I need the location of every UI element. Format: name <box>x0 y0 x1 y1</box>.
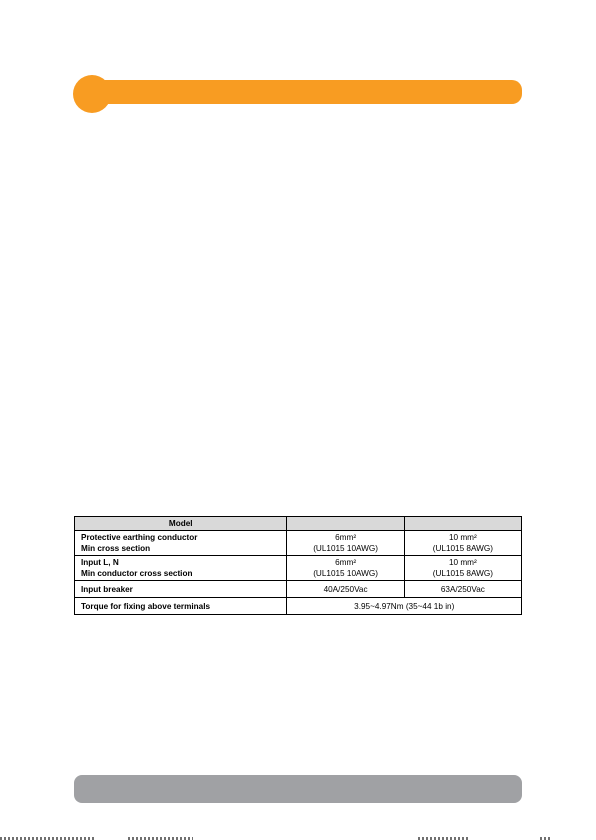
row-label-line: Protective earthing conductor <box>81 532 280 543</box>
table-row: Input breaker 40A/250Vac 63A/250Vac <box>75 581 522 598</box>
footer-bar <box>74 775 522 803</box>
value-line: (UL1015 8AWG) <box>411 568 515 579</box>
table-row: Protective earthing conductor Min cross … <box>75 531 522 556</box>
value-line: (UL1015 8AWG) <box>411 543 515 554</box>
section-header-circle <box>73 75 111 113</box>
value-line: (UL1015 10AWG) <box>293 568 397 579</box>
row-value: 6mm² (UL1015 10AWG) <box>287 531 404 556</box>
row-value: 10 mm² (UL1015 8AWG) <box>404 531 521 556</box>
row-value-merged: 3.95~4.97Nm (35~44 1b in) <box>287 598 522 615</box>
table-header-row: Model <box>75 517 522 531</box>
row-label: Input L, N Min conductor cross section <box>75 556 287 581</box>
value-line: (UL1015 10AWG) <box>293 543 397 554</box>
section-header-bar <box>87 80 522 104</box>
row-label-line: Min cross section <box>81 543 280 554</box>
value-line: 10 mm² <box>411 532 515 543</box>
row-value: 10 mm² (UL1015 8AWG) <box>404 556 521 581</box>
row-value: 40A/250Vac <box>287 581 404 598</box>
row-label-line: Min conductor cross section <box>81 568 280 579</box>
table-row: Input L, N Min conductor cross section 6… <box>75 556 522 581</box>
row-label: Input breaker <box>75 581 287 598</box>
row-value: 63A/250Vac <box>404 581 521 598</box>
row-label-line: Input L, N <box>81 557 280 568</box>
table-row: Torque for fixing above terminals 3.95~4… <box>75 598 522 615</box>
row-label: Protective earthing conductor Min cross … <box>75 531 287 556</box>
wiring-spec-table: Model Protective earthing conductor Min … <box>74 516 522 615</box>
model-col2-header <box>404 517 521 531</box>
value-line: 10 mm² <box>411 557 515 568</box>
value-line: 6mm² <box>293 557 397 568</box>
row-label: Torque for fixing above terminals <box>75 598 287 615</box>
row-value: 6mm² (UL1015 10AWG) <box>287 556 404 581</box>
value-line: 6mm² <box>293 532 397 543</box>
model-col1-header <box>287 517 404 531</box>
model-header: Model <box>75 517 287 531</box>
